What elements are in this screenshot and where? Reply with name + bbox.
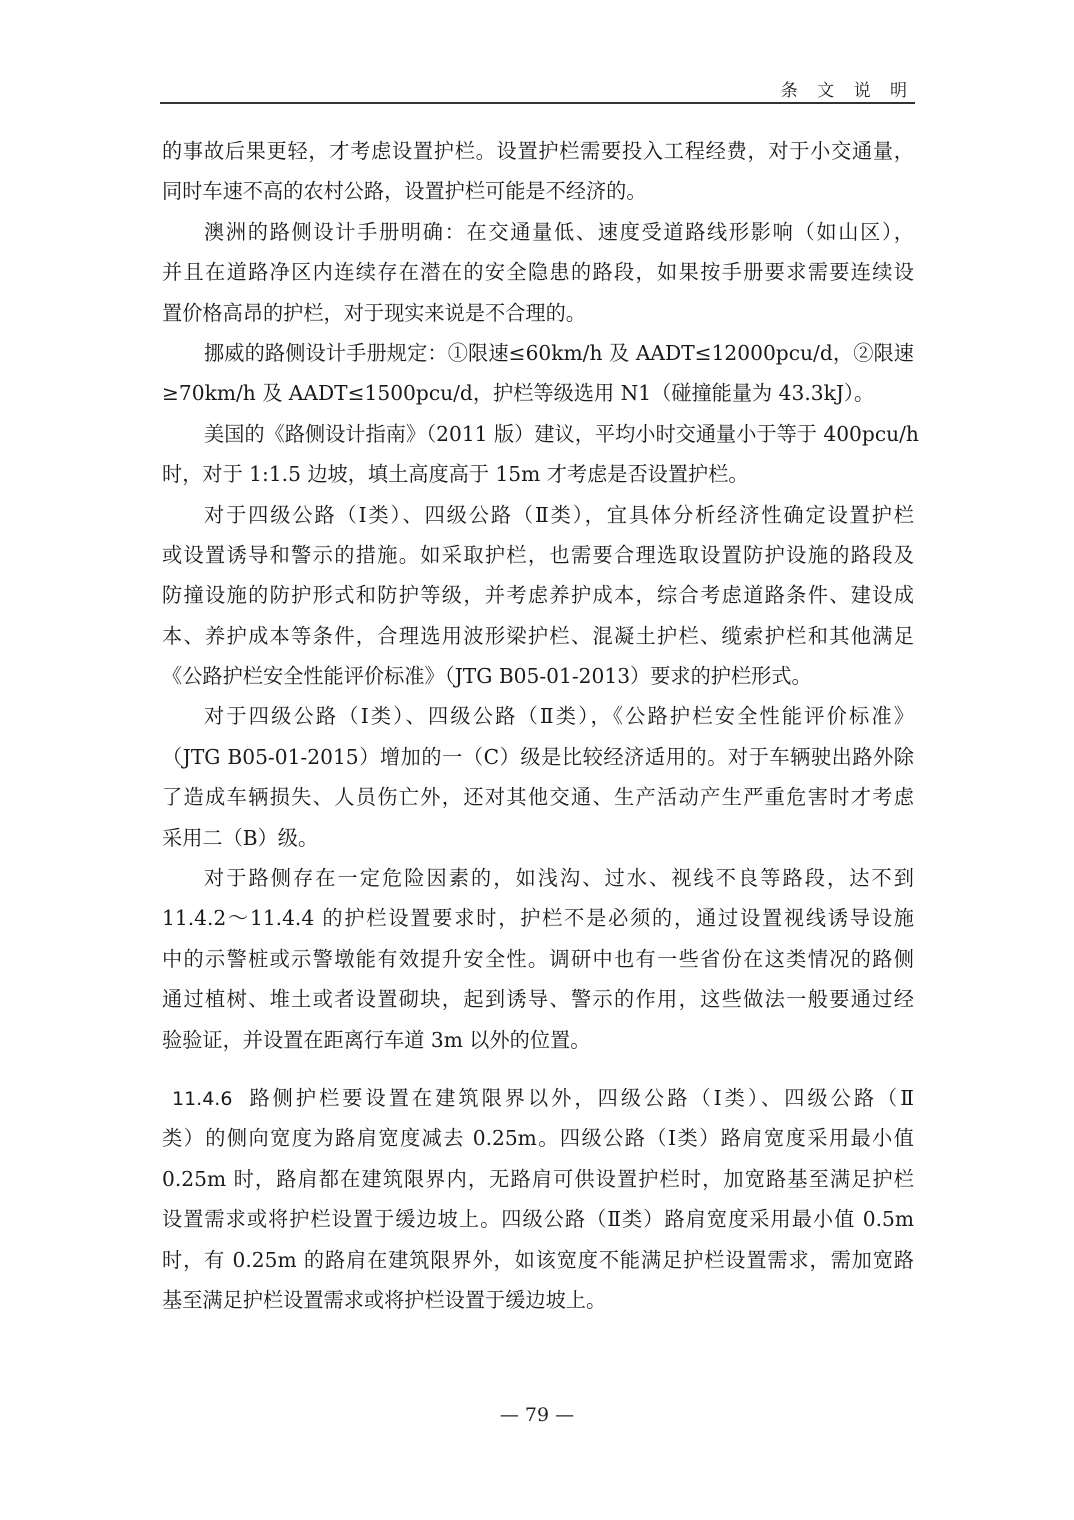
- paragraph: 美国的《路侧设计指南》（2011 版）建议，平均小时交通量小于等于 400pcu…: [162, 414, 914, 495]
- text-line: 挪威的路侧设计手册规定：①限速≤60km/h 及 AADT≤12000pcu/d…: [162, 333, 914, 373]
- text-line: 了造成车辆损失、人员伤亡外，还对其他交通、生产活动产生严重危害时才考虑: [162, 777, 914, 817]
- paragraph: 的事故后果更轻，才考虑设置护栏。设置护栏需要投入工程经费，对于小交通量， 同时车…: [162, 131, 914, 212]
- text-line: 通过植树、堆土或者设置砌块，起到诱导、警示的作用，这些做法一般要通过经: [162, 979, 914, 1019]
- section-gap: [162, 1060, 914, 1078]
- text-line: 澳洲的路侧设计手册明确：在交通量低、速度受道路线形影响（如山区），: [162, 212, 914, 252]
- text-line: 时，对于 1:1.5 边坡，填土高度高于 15m 才考虑是否设置护栏。: [162, 454, 914, 494]
- text-line: 防撞设施的防护形式和防护等级，并考虑养护成本，综合考虑道路条件、建设成: [162, 575, 914, 615]
- text-line: 或设置诱导和警示的措施。如采取护栏，也需要合理选取设置防护设施的路段及: [162, 535, 914, 575]
- text-line: 对于四级公路（Ⅰ类）、四级公路（Ⅱ类），宜具体分析经济性确定设置护栏: [162, 495, 914, 535]
- text-line: 置价格高昂的护栏，对于现实来说是不合理的。: [162, 293, 914, 333]
- text-line: 对于四级公路（Ⅰ类）、四级公路（Ⅱ类），《公路护栏安全性能评价标准》: [162, 696, 914, 736]
- header-title: 条 文 说 明: [781, 76, 914, 101]
- paragraph: 对于路侧存在一定危险因素的，如浅沟、过水、视线不良等路段，达不到 11.4.2～…: [162, 858, 914, 1060]
- page-number: — 79 —: [0, 1404, 1074, 1426]
- text-line: 时，有 0.25m 的路肩在建筑限界外，如该宽度不能满足护栏设置需求，需加宽路: [162, 1240, 914, 1280]
- text-line: 同时车速不高的农村公路，设置护栏可能是不经济的。: [162, 171, 914, 211]
- text-line: 11.4.6路侧护栏要设置在建筑限界以外，四级公路（Ⅰ类）、四级公路（Ⅱ: [162, 1078, 914, 1118]
- text-line: 类）的侧向宽度为路肩宽度减去 0.25m。四级公路（Ⅰ类）路肩宽度采用最小值: [162, 1118, 914, 1158]
- text-line: 采用二（B）级。: [162, 818, 914, 858]
- text-line: ≥70km/h 及 AADT≤1500pcu/d，护栏等级选用 N1（碰撞能量为…: [162, 373, 914, 413]
- text-line: 的事故后果更轻，才考虑设置护栏。设置护栏需要投入工程经费，对于小交通量，: [162, 131, 914, 171]
- paragraph: 挪威的路侧设计手册规定：①限速≤60km/h 及 AADT≤12000pcu/d…: [162, 333, 914, 414]
- text-line: 基至满足护栏设置需求或将护栏设置于缓边坡上。: [162, 1280, 914, 1320]
- text-line: 0.25m 时，路肩都在建筑限界内，无路肩可供设置护栏时，加宽路基至满足护栏: [162, 1159, 914, 1199]
- paragraph: 对于四级公路（Ⅰ类）、四级公路（Ⅱ类），《公路护栏安全性能评价标准》 （JTG …: [162, 696, 914, 858]
- header-rule: [160, 102, 915, 104]
- text-line: 验验证，并设置在距离行车道 3m 以外的位置。: [162, 1020, 914, 1060]
- clause-text: 路侧护栏要设置在建筑限界以外，四级公路（Ⅰ类）、四级公路（Ⅱ: [246, 1086, 914, 1110]
- clause-number: 11.4.6: [162, 1088, 232, 1110]
- text-line: 美国的《路侧设计指南》（2011 版）建议，平均小时交通量小于等于 400pcu…: [162, 414, 914, 454]
- paragraph: 澳洲的路侧设计手册明确：在交通量低、速度受道路线形影响（如山区）， 并且在道路净…: [162, 212, 914, 333]
- text-line: 对于路侧存在一定危险因素的，如浅沟、过水、视线不良等路段，达不到: [162, 858, 914, 898]
- paragraph: 对于四级公路（Ⅰ类）、四级公路（Ⅱ类），宜具体分析经济性确定设置护栏 或设置诱导…: [162, 495, 914, 697]
- document-body: 的事故后果更轻，才考虑设置护栏。设置护栏需要投入工程经费，对于小交通量， 同时车…: [162, 131, 914, 1320]
- text-line: 设置需求或将护栏设置于缓边坡上。四级公路（Ⅱ类）路肩宽度采用最小值 0.5m: [162, 1199, 914, 1239]
- text-line: 《公路护栏安全性能评价标准》（JTG B05-01-2013）要求的护栏形式。: [162, 656, 914, 696]
- text-line: （JTG B05-01-2015）增加的一（C）级是比较经济适用的。对于车辆驶出…: [162, 737, 914, 777]
- text-line: 11.4.2～11.4.4 的护栏设置要求时，护栏不是必须的，通过设置视线诱导设…: [162, 898, 914, 938]
- text-line: 本、养护成本等条件，合理选用波形梁护栏、混凝土护栏、缆索护栏和其他满足: [162, 616, 914, 656]
- clause-11-4-6: 11.4.6路侧护栏要设置在建筑限界以外，四级公路（Ⅰ类）、四级公路（Ⅱ 类）的…: [162, 1078, 914, 1320]
- text-line: 中的示警桩或示警墩能有效提升安全性。调研中也有一些省份在这类情况的路侧: [162, 939, 914, 979]
- text-line: 并且在道路净区内连续存在潜在的安全隐患的路段，如果按手册要求需要连续设: [162, 252, 914, 292]
